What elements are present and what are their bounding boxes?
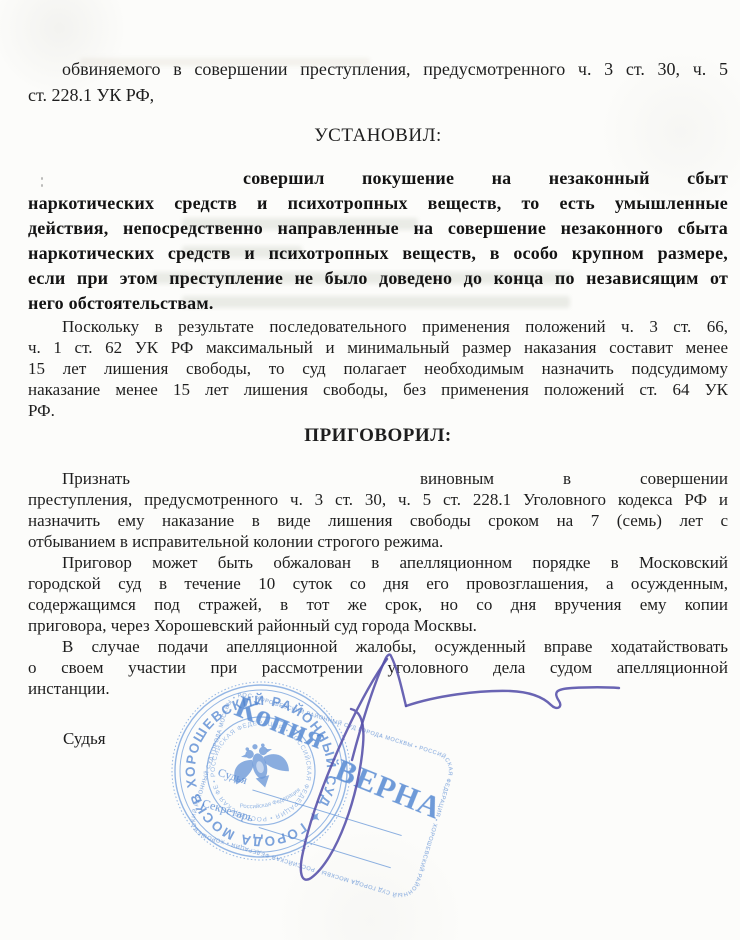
- signature-stroke: [301, 659, 387, 880]
- judge-signature-ink: [0, 0, 740, 940]
- signature-stroke: [406, 687, 619, 708]
- scanned-court-verdict-page: обвиняемого в совершении преступления, п…: [0, 0, 740, 940]
